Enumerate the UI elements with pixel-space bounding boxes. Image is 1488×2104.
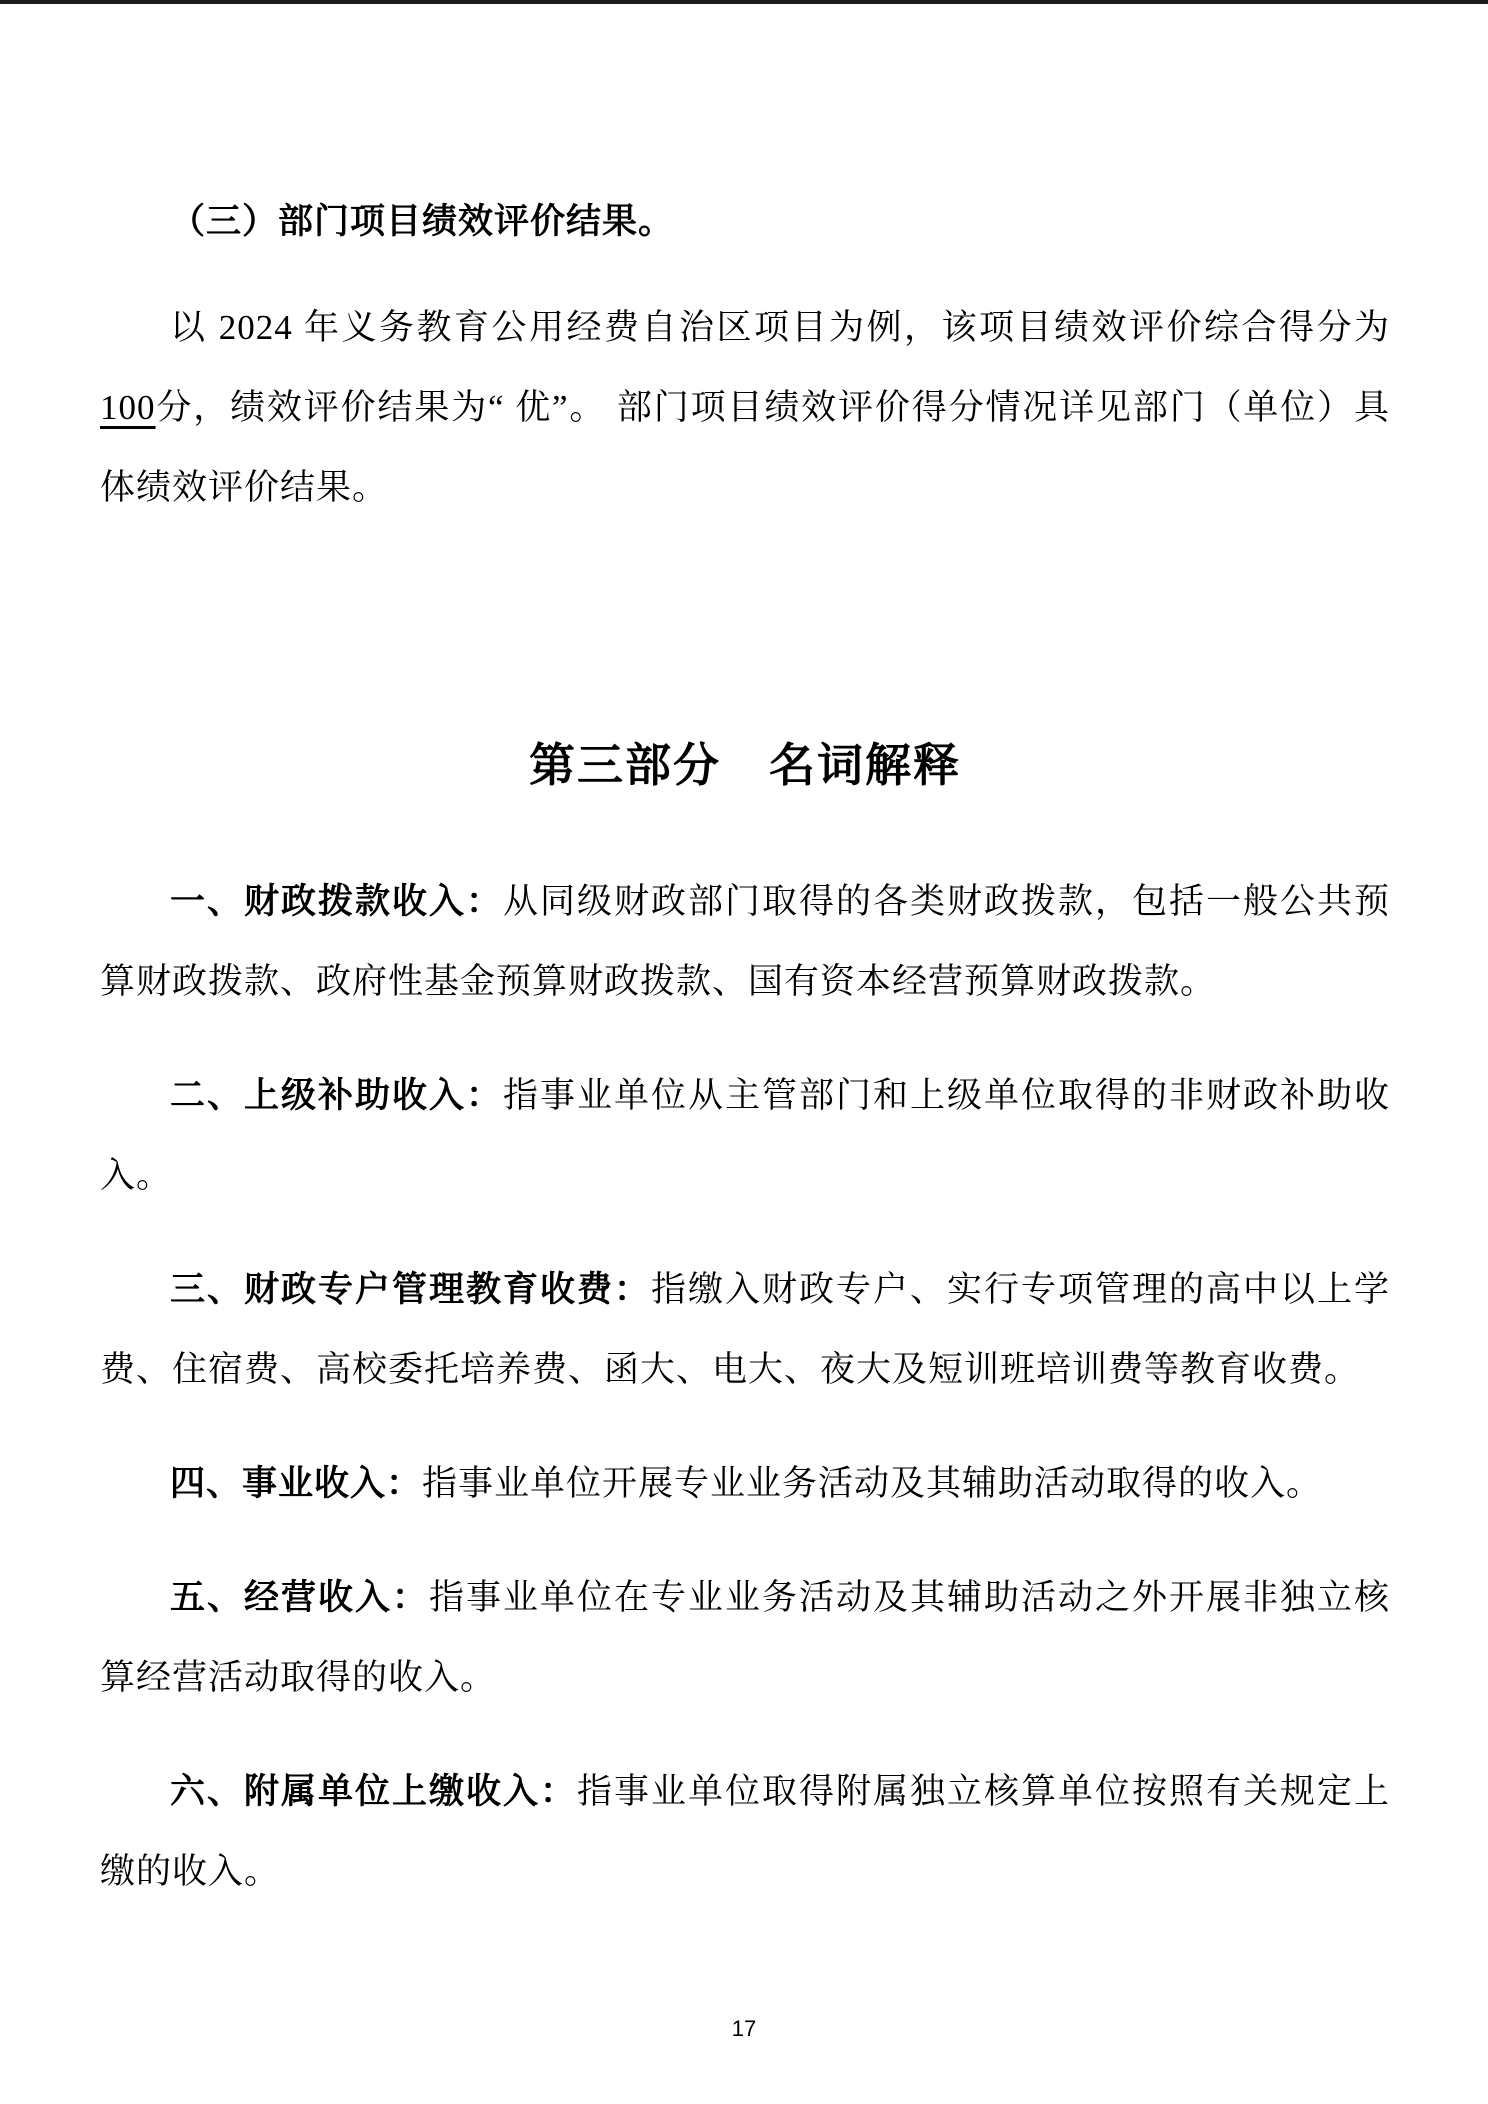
intro-text-before-score: 以 2024 年义务教育公用经费自治区项目为例，该项目绩效评价综合得分为 <box>170 308 1390 347</box>
intro-text-after-score: 分，绩效评价结果为“ 优”。 部门项目绩效评价得分情况详见部门（单位）具体绩效评… <box>100 388 1390 507</box>
definition-term: 三、财政专户管理教育收费： <box>170 1270 651 1309</box>
definition-paragraph: 二、上级补助收入：指事业单位从主管部门和上级单位取得的非财政补助收入。 <box>100 1056 1390 1216</box>
page-number: 17 <box>0 2016 1488 2042</box>
definition-term: 四、事业收入： <box>170 1464 422 1503</box>
definition-term: 六、附属单位上缴收入： <box>170 1772 577 1811</box>
definition-term: 二、上级补助收入： <box>170 1076 503 1115</box>
definition-term: 五、经营收入： <box>170 1578 429 1617</box>
document-page: （三）部门项目绩效评价结果。 以 2024 年义务教育公用经费自治区项目为例，该… <box>0 0 1488 2104</box>
definition-paragraph: 四、事业收入：指事业单位开展专业业务活动及其辅助活动取得的收入。 <box>100 1444 1390 1524</box>
definition-text: 指事业单位开展专业业务活动及其辅助活动取得的收入。 <box>422 1464 1322 1503</box>
score-value: 100 <box>100 388 156 427</box>
definition-paragraph: 一、财政拨款收入：从同级财政部门取得的各类财政拨款，包括一般公共预算财政拨款、政… <box>100 862 1390 1022</box>
part-heading: 第三部分 名词解释 <box>100 736 1390 796</box>
document-content: （三）部门项目绩效评价结果。 以 2024 年义务教育公用经费自治区项目为例，该… <box>100 0 1390 1912</box>
definition-term: 一、财政拨款收入： <box>170 882 503 921</box>
definition-paragraph: 六、附属单位上缴收入：指事业单位取得附属独立核算单位按照有关规定上缴的收入。 <box>100 1752 1390 1912</box>
definition-paragraph: 三、财政专户管理教育收费：指缴入财政专户、实行专项管理的高中以上学费、住宿费、高… <box>100 1250 1390 1410</box>
definition-paragraph: 五、经营收入：指事业单位在专业业务活动及其辅助活动之外开展非独立核算经营活动取得… <box>100 1558 1390 1718</box>
intro-paragraph: 以 2024 年义务教育公用经费自治区项目为例，该项目绩效评价综合得分为100分… <box>100 288 1390 528</box>
section-heading: （三）部门项目绩效评价结果。 <box>100 198 1390 246</box>
